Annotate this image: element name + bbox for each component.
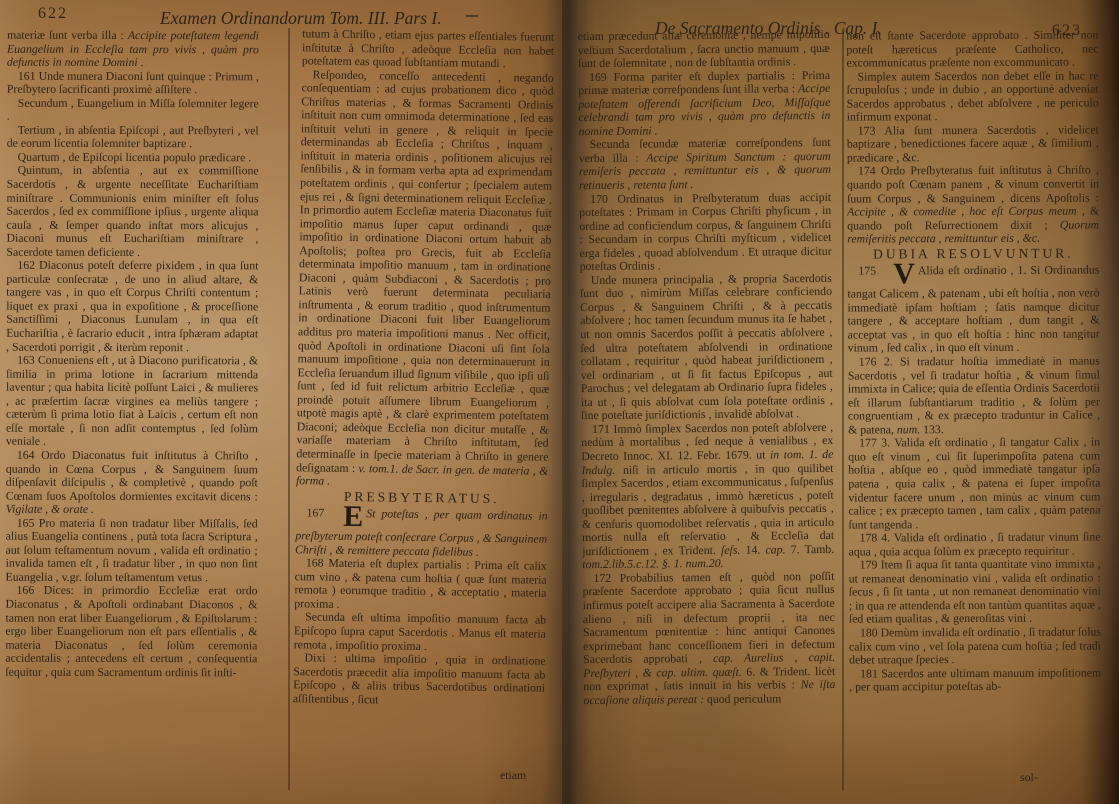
paragraph-number: 167: [306, 506, 330, 520]
text-run: 178 4. Valida eſt ordinatio , ſi tradatu…: [849, 530, 1101, 559]
paragraph: 165 Pro materia ſi non tradatur liber Mi…: [6, 516, 258, 584]
paragraph: non eſt ſtante Sacerdote approbato . Sim…: [846, 28, 1098, 70]
text-run: 168 Materia eſt duplex partialis : Prima…: [294, 556, 547, 611]
paragraph: 169 Forma pariter eſt duplex partialis :…: [578, 69, 831, 139]
paragraph: 167 ESt poteſtas , per quam ordinatus in…: [295, 503, 548, 560]
text-column-2: tutum à Chriſto , etiam ejus partes eſſe…: [292, 27, 555, 796]
text-run: tutum à Chriſto , etiam ejus partes eſſe…: [302, 27, 555, 70]
paragraph: Secunda ſecundæ materiæ correſpondens ſu…: [579, 136, 831, 192]
paragraph: Dixi : ultima impoſitio , quia in ordina…: [293, 651, 546, 709]
paragraph: 179 Item ſi aqua ſit tanta quantitate vi…: [849, 558, 1101, 627]
paragraph: materiæ ſunt verba illa : Accipite poteſ…: [7, 29, 259, 70]
text-run: 176 2. Si tradatur hoſtia immediatè in m…: [848, 353, 1100, 436]
paragraph: 162 Diaconus poteſt deferre pixidem , in…: [6, 259, 258, 354]
text-run: Quartum , de Epiſcopi licentia populo pr…: [18, 150, 252, 165]
paragraph: 176 2. Si tradatur hoſtia immediatè in m…: [848, 354, 1100, 436]
paragraph: 161 Unde munera Diaconi ſunt quinque : P…: [7, 69, 259, 97]
catchword-left-page: etiam: [500, 768, 526, 783]
text-run: 14.: [740, 542, 765, 556]
text-run: etiam præcedunt aliæ ceremoniæ , nempè i…: [578, 28, 830, 70]
text-run: 165 Pro materia ſi non tradatur liber Mi…: [6, 515, 258, 584]
paragraph: 171 Immò ſimplex Sacerdos non poteſt abſ…: [581, 421, 834, 572]
text-run: 164 Ordo Diaconatus fuit inſtitutus à Ch…: [6, 448, 258, 503]
paragraph: Quintum, in abſentia , aut ex commiſſion…: [6, 164, 258, 259]
paragraph: etiam præcedunt aliæ ceremoniæ , nempè i…: [578, 28, 830, 71]
paragraph: Tertium , in abſentia Epiſcopi , aut Pre…: [7, 123, 259, 151]
text-run: quod periculum: [704, 691, 781, 706]
text-run: 7. Tamb.: [785, 542, 834, 556]
text-run: 133.: [920, 422, 944, 436]
drop-cap: E: [330, 504, 366, 531]
text-run: 169 Forma pariter eſt duplex partialis :…: [578, 68, 830, 98]
section-heading: DUBIA RESOLVUNTUR.: [847, 246, 1099, 261]
catchword-right-page: sol-: [1020, 770, 1038, 785]
ink-mark: [466, 15, 478, 17]
paragraph: 172 Probabilius tamen eſt , quòd non poſ…: [582, 570, 835, 708]
paragraph: 163 Conueniens eſt , ut à Diacono purifi…: [6, 354, 258, 449]
text-column-3: etiam præcedunt aliæ ceremoniæ , nempè i…: [578, 28, 837, 796]
text-run: 180 Demùm invalida eſt ordinatio , ſi tr…: [849, 624, 1101, 666]
text-run: non eſt ſtante Sacerdote approbato . Sim…: [846, 28, 1098, 69]
paragraph: 175 VAlida eſt ordinatio , 1. Si Ordinan…: [847, 261, 1099, 356]
italic-text-run: ſeſs.: [721, 542, 740, 556]
page-number-left: 622: [38, 5, 68, 23]
text-run: materiæ ſunt verba illa :: [7, 29, 128, 42]
paragraph: 181 Sacerdos ante ultimam manuum impoſit…: [849, 666, 1101, 694]
drop-cap: V: [880, 262, 918, 288]
running-title-left: Examen Ordinandorum Tom. III. Pars I.: [160, 8, 442, 29]
text-run: Reſpondeo, conceſſo antecedenti , negand…: [296, 67, 554, 475]
text-run: 177 3. Valida eſt ordinatio , ſi tangatu…: [848, 435, 1100, 531]
italic-text-run: num.: [897, 422, 920, 436]
paragraph: 174 Ordo Preſbyteratus fuit inſtitutus à…: [847, 164, 1099, 246]
text-run: Unde munera principalia , & propria Sace…: [580, 271, 833, 423]
paragraph: tutum à Chriſto , etiam ejus partes eſſe…: [302, 27, 555, 71]
italic-text-run: cap.: [765, 542, 785, 556]
text-run: 166 Dices: in primordio Eccleſiæ erat or…: [5, 583, 257, 679]
text-run: Dixi : ultima impoſitio , quia in ordina…: [293, 650, 546, 706]
paragraph: 180 Demùm invalida eſt ordinatio , ſi tr…: [849, 625, 1101, 667]
paragraph: Unde munera principalia , & propria Sace…: [580, 272, 833, 423]
paragraph: Simplex autem Sacerdos non debet eſſe in…: [847, 69, 1099, 124]
text-run: 181 Sacerdos ante ultimam manuum impoſit…: [849, 665, 1101, 694]
paragraph: 178 4. Valida eſt ordinatio , ſi tradatu…: [849, 531, 1101, 559]
text-run: 163 Conueniens eſt , ut à Diacono purifi…: [6, 353, 258, 448]
text-run: 179 Item ſi aqua ſit tanta quantitate vi…: [849, 557, 1101, 626]
text-run: 162 Diaconus poteſt deferre pixidem , in…: [6, 258, 258, 354]
paragraph: Secundum , Euangelium in Miſſa ſolemnite…: [7, 96, 259, 124]
text-run: Secunda eſt ultima impoſitio manuum fact…: [294, 610, 547, 653]
text-run: Tertium , in abſentia Epiſcopi , aut Pre…: [7, 123, 259, 151]
text-run: 170 Ordinatus in Preſbyteratum duas acci…: [579, 189, 831, 273]
italic-text-run: Vigilate , & orate .: [6, 502, 94, 516]
paragraph: 168 Materia eſt duplex partialis : Prima…: [294, 556, 547, 614]
text-run: Quintum, in abſentia , aut ex commiſſion…: [6, 163, 258, 259]
text-run: Simplex autem Sacerdos non debet eſſe in…: [847, 68, 1099, 124]
paragraph: Reſpondeo, conceſſo antecedenti , negand…: [296, 68, 554, 491]
text-run: Secundum , Euangelium in Miſſa ſolemnite…: [7, 95, 259, 123]
text-column-4: non eſt ſtante Sacerdote approbato . Sim…: [846, 28, 1101, 795]
text-column-1: materiæ ſunt verba illa : Accipite poteſ…: [5, 29, 259, 796]
column-rule-left-page: [288, 28, 290, 790]
paragraph: 164 Ordo Diaconatus fuit inſtitutus à Ch…: [6, 449, 258, 517]
paragraph-number: 175: [858, 264, 880, 278]
paragraph: 177 3. Valida eſt ordinatio , ſi tangatu…: [848, 436, 1100, 532]
paragraph: Secunda eſt ultima impoſitio manuum fact…: [294, 611, 547, 655]
text-run: 174 Ordo Preſbyteratus fuit inſtitutus à…: [847, 163, 1099, 205]
text-run: 161 Unde munera Diaconi ſunt quinque : P…: [7, 68, 259, 96]
paragraph: 173 Alia ſunt munera Sacerdotis , videli…: [847, 123, 1099, 165]
book-scan: 622 Examen Ordinandorum Tom. III. Pars I…: [0, 0, 1119, 804]
paragraph: 170 Ordinatus in Preſbyteratum duas acci…: [579, 190, 832, 273]
column-rule-right-page: [842, 28, 844, 790]
paragraph: 166 Dices: in primordio Eccleſiæ erat or…: [5, 584, 257, 679]
text-run: 173 Alia ſunt munera Sacerdotis , videli…: [847, 122, 1099, 164]
